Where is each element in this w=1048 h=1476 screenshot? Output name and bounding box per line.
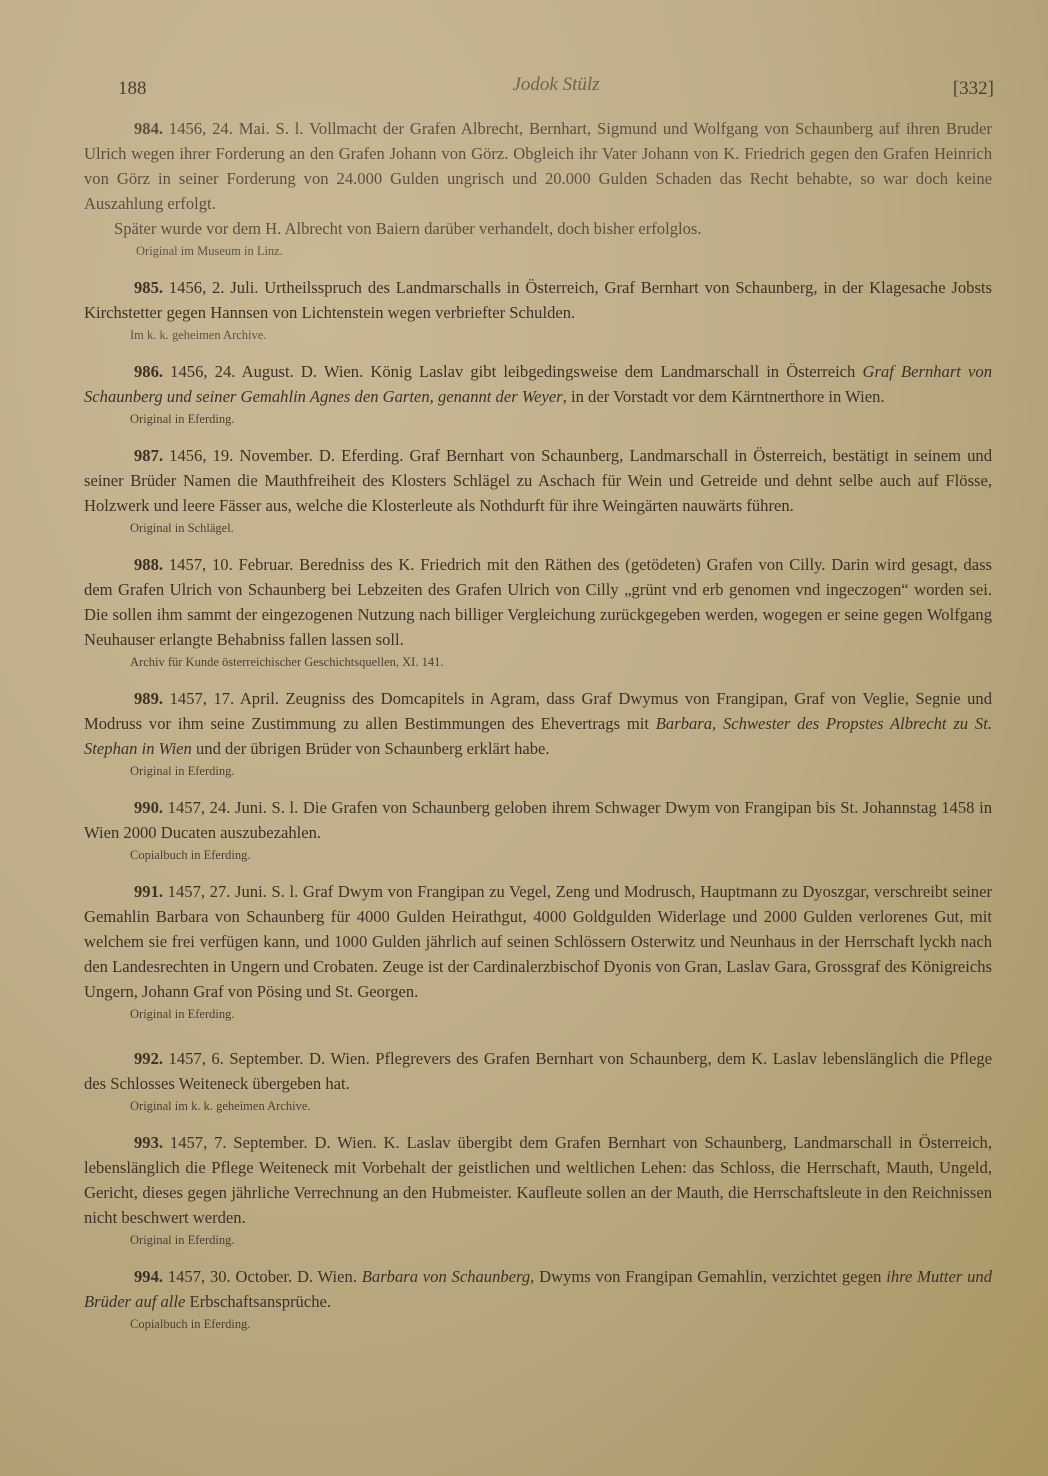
regesta-entries: 984. 1456, 24. Mai. S. l. Vollmacht der …: [84, 116, 992, 1348]
entry-number: 994.: [134, 1267, 163, 1286]
entry-984: 984. 1456, 24. Mai. S. l. Vollmacht der …: [84, 116, 992, 261]
entry-number: 990.: [134, 798, 163, 817]
entry-text: 988. 1457, 10. Februar. Beredniss des K.…: [84, 552, 992, 652]
running-title: Jodok Stülz: [118, 74, 994, 96]
entry-993: 993. 1457, 7. September. D. Wien. K. Las…: [84, 1130, 992, 1250]
entry-number: 993.: [134, 1133, 163, 1152]
entry-source: Im k. k. geheimen Archive.: [84, 325, 992, 345]
entry-number: 984.: [134, 119, 163, 138]
entry-994: 994. 1457, 30. October. D. Wien. Barbara…: [84, 1264, 992, 1334]
entry-number: 991.: [134, 882, 163, 901]
entry-number: 987.: [134, 446, 163, 465]
entry-number: 985.: [134, 278, 163, 297]
entry-text: 989. 1457, 17. April. Zeugniss des Domca…: [84, 686, 992, 761]
entry-992: 992. 1457, 6. September. D. Wien. Pflegr…: [84, 1046, 992, 1116]
entry-989: 989. 1457, 17. April. Zeugniss des Domca…: [84, 686, 992, 781]
entry-text: 994. 1457, 30. October. D. Wien. Barbara…: [84, 1264, 992, 1314]
entry-text: 991. 1457, 27. Juni. S. l. Graf Dwym von…: [84, 879, 992, 1004]
entry-source: Original im Museum in Linz.: [84, 241, 992, 261]
entry-number: 989.: [134, 689, 163, 708]
entry-991: 991. 1457, 27. Juni. S. l. Graf Dwym von…: [84, 879, 992, 1024]
entry-source: Copialbuch in Eferding.: [84, 845, 992, 865]
entry-number: 988.: [134, 555, 163, 574]
entry-text: 992. 1457, 6. September. D. Wien. Pflegr…: [84, 1046, 992, 1096]
entry-985: 985. 1456, 2. Juli. Urtheilsspruch des L…: [84, 275, 992, 345]
entry-source: Original im k. k. geheimen Archive.: [84, 1096, 992, 1116]
entry-number: 992.: [134, 1049, 163, 1068]
running-header: 188 Jodok Stülz [332]: [118, 74, 994, 102]
entry-source: Original in Eferding.: [84, 1230, 992, 1250]
entry-continuation: Später wurde vor dem H. Albrecht von Bai…: [84, 216, 992, 241]
entry-text: 993. 1457, 7. September. D. Wien. K. Las…: [84, 1130, 992, 1230]
entry-text: 984. 1456, 24. Mai. S. l. Vollmacht der …: [84, 116, 992, 216]
entry-source: Original in Eferding.: [84, 1004, 992, 1024]
entry-text: 985. 1456, 2. Juli. Urtheilsspruch des L…: [84, 275, 992, 325]
entry-source: Original in Eferding.: [84, 409, 992, 429]
entry-source: Archiv für Kunde österreichischer Geschi…: [84, 652, 992, 672]
entry-987: 987. 1456, 19. November. D. Eferding. Gr…: [84, 443, 992, 538]
section-reference: [332]: [953, 78, 994, 100]
italic-quote: Barbara von Schaunberg,: [362, 1267, 535, 1286]
entry-text: 986. 1456, 24. August. D. Wien. König La…: [84, 359, 992, 409]
entry-text: 990. 1457, 24. Juni. S. l. Die Grafen vo…: [84, 795, 992, 845]
entry-source: Original in Schlägel.: [84, 518, 992, 538]
entry-988: 988. 1457, 10. Februar. Beredniss des K.…: [84, 552, 992, 672]
entry-990: 990. 1457, 24. Juni. S. l. Die Grafen vo…: [84, 795, 992, 865]
entry-text: 987. 1456, 19. November. D. Eferding. Gr…: [84, 443, 992, 518]
entry-source: Copialbuch in Eferding.: [84, 1314, 992, 1334]
entry-986: 986. 1456, 24. August. D. Wien. König La…: [84, 359, 992, 429]
entry-number: 986.: [134, 362, 163, 381]
entry-source: Original in Eferding.: [84, 761, 992, 781]
book-page: 188 Jodok Stülz [332] 984. 1456, 24. Mai…: [0, 0, 1048, 1476]
